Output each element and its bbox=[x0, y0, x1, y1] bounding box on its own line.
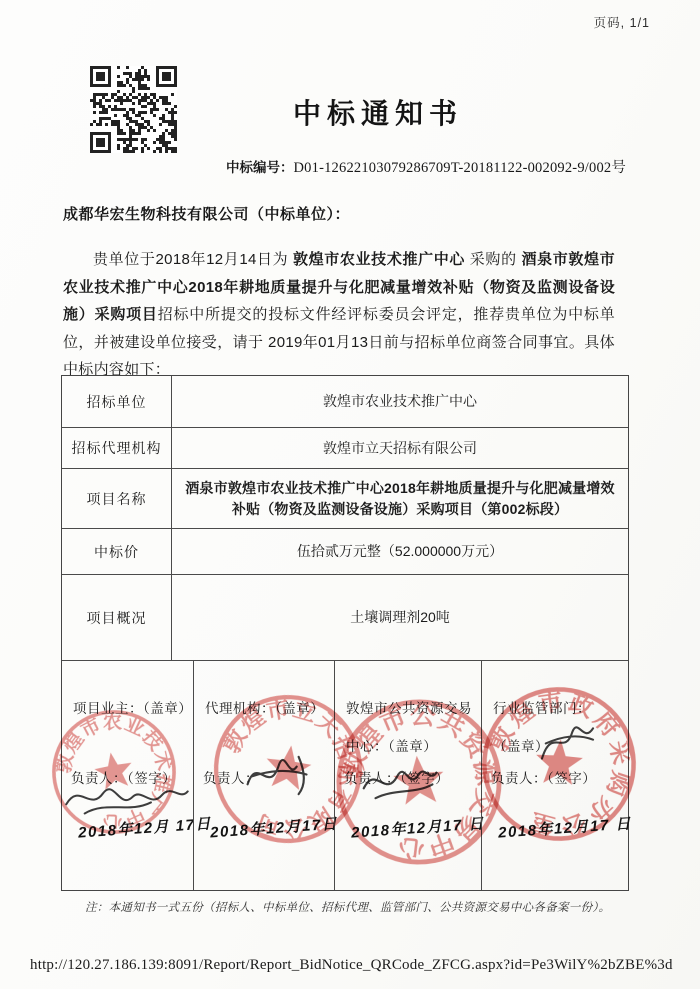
paragraph-segment: 敦煌市农业技术推广中心 bbox=[293, 251, 465, 268]
person-label: 负责人：（签字） bbox=[491, 767, 596, 787]
signature-party-label-2: 中心：（盖章） bbox=[346, 735, 437, 755]
document-title: 中标通知书 bbox=[28, 92, 700, 132]
signature-party-label: 代理机构：（盖章） bbox=[205, 697, 324, 717]
bid-number-value: D01-12622103079286709T-20181122-002092-9… bbox=[294, 160, 627, 176]
bid-info-table: 招标单位敦煌市农业技术推广中心招标代理机构敦煌市立天招标有限公司项目名称酒泉市敦… bbox=[61, 375, 629, 891]
signature-party-label: 敦煌市公共资源交易 bbox=[346, 697, 472, 717]
handwritten-signature bbox=[238, 747, 320, 801]
document-page: 页码, 1/1 中标通知书 中标编号：D01-12622103079286709… bbox=[0, 0, 700, 989]
handwritten-signature bbox=[62, 773, 192, 819]
signature-column: 敦煌市公共资源交易中心：（盖章）负责人：（签字）2018年12月17 日 bbox=[334, 661, 481, 890]
table-row: 招标代理机构敦煌市立天招标有限公司 bbox=[62, 427, 628, 468]
handwritten-date: 2018年12月17 日 bbox=[497, 812, 632, 842]
table-value-cell: 酒泉市敦煌市农业技术推广中心2018年耕地质量提升与化肥减量增效补贴（物资及监测… bbox=[172, 469, 628, 528]
table-label-cell: 项目名称 bbox=[62, 469, 172, 528]
signature-row: 项目业主：（盖章）负责人：（签字）2018年12月 17日代理机构：（盖章）负责… bbox=[62, 660, 628, 890]
table-row: 招标单位敦煌市农业技术推广中心 bbox=[62, 376, 628, 427]
table-value-cell: 伍拾贰万元整（52.000000万元） bbox=[172, 529, 628, 574]
signature-party-label: 项目业主：（盖章） bbox=[73, 697, 192, 717]
paragraph-segment: 采购的 bbox=[465, 251, 522, 268]
table-value-cell: 敦煌市立天招标有限公司 bbox=[172, 428, 628, 468]
table-label-cell: 招标单位 bbox=[62, 376, 172, 427]
table-row: 中标价伍拾贰万元整（52.000000万元） bbox=[62, 528, 628, 574]
signature-party-label: 行业监管部门： bbox=[493, 697, 591, 717]
handwritten-signature bbox=[357, 753, 447, 807]
paragraph-segment: 贵单位于2018年12月14日为 bbox=[93, 251, 293, 268]
signature-column: 行业监管部门：（盖章）负责人：（签字）2018年12月17 日 bbox=[481, 661, 628, 890]
page-number: 页码, 1/1 bbox=[594, 13, 650, 31]
signature-column: 项目业主：（盖章）负责人：（签字）2018年12月 17日 bbox=[62, 661, 193, 890]
table-row: 项目名称酒泉市敦煌市农业技术推广中心2018年耕地质量提升与化肥减量增效补贴（物… bbox=[62, 468, 628, 528]
table-value-cell: 敦煌市农业技术推广中心 bbox=[172, 376, 628, 427]
bid-number-line: 中标编号：D01-12622103079286709T-20181122-002… bbox=[226, 156, 626, 177]
source-url: http://120.27.186.139:8091/Report/Report… bbox=[30, 957, 673, 974]
body-paragraph: 贵单位于2018年12月14日为 敦煌市农业技术推广中心 采购的 酒泉市敦煌市农… bbox=[63, 246, 615, 384]
signature-column: 代理机构：（盖章）负责人：2018年12月17日 bbox=[193, 661, 334, 890]
table-label-cell: 项目概况 bbox=[62, 575, 172, 660]
footnote: 注：本通知书一式五份（招标人、中标单位、招标代理、监管部门、公共资源交易中心各备… bbox=[85, 899, 645, 915]
table-label-cell: 中标价 bbox=[62, 529, 172, 574]
table-value-cell: 土壤调理剂20吨 bbox=[172, 575, 628, 660]
table-label-cell: 招标代理机构 bbox=[62, 428, 172, 468]
table-row: 项目概况土壤调理剂20吨 bbox=[62, 574, 628, 660]
handwritten-date: 2018年12月17日 bbox=[209, 813, 338, 843]
handwritten-signature bbox=[532, 717, 604, 769]
addressee: 成都华宏生物科技有限公司（中标单位）： bbox=[63, 203, 350, 224]
bid-number-label: 中标编号： bbox=[226, 160, 294, 175]
handwritten-date: 2018年12月17 日 bbox=[350, 812, 485, 842]
